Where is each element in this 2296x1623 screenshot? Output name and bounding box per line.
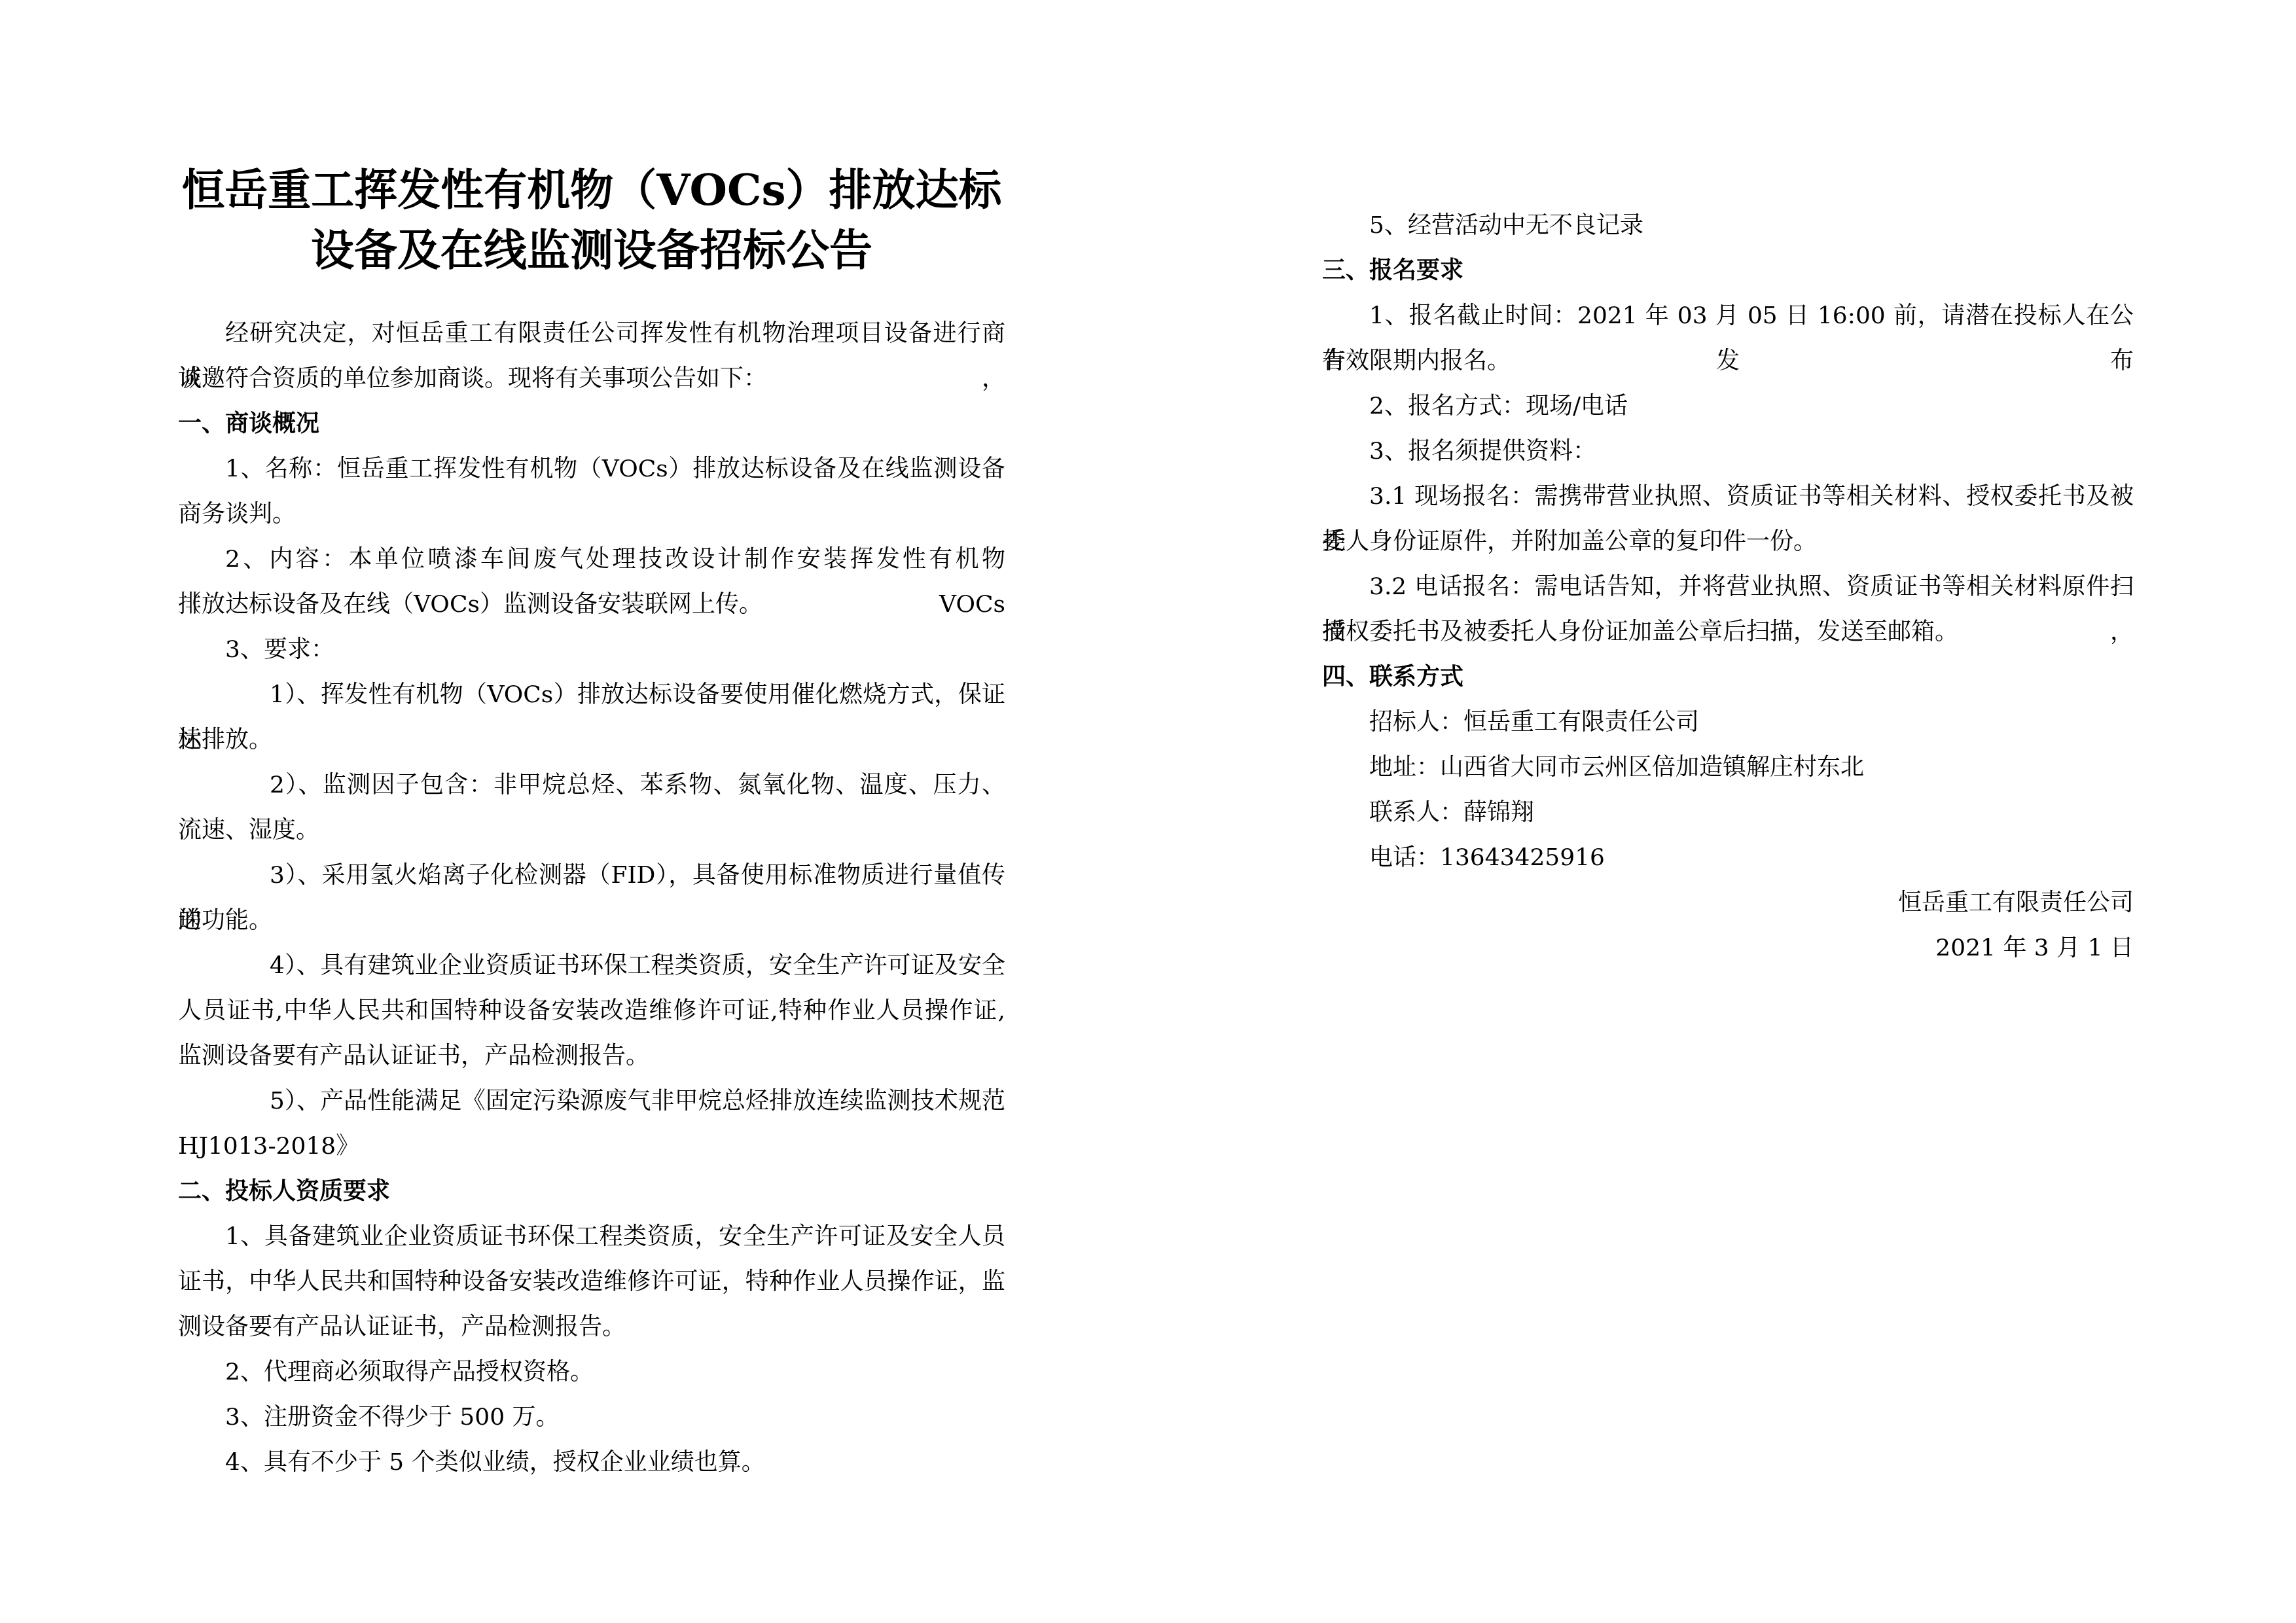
text-line: 3、注册资金不得少于 500 万。 <box>178 1395 1005 1440</box>
section-heading-contact-information: 四、联系方式 <box>1322 654 2134 700</box>
right-page-column: 5、经营活动中无不良记录 三、报名要求 1、报名截止时间：2021 年 03 月… <box>1322 203 2134 971</box>
text-line: 证书，中华人民共和国特种设备安装改造维修许可证，特种作业人员操作证，监 <box>178 1259 1005 1304</box>
phone-line: 电话：13643425916 <box>1322 835 2134 880</box>
text-line: 监测设备要有产品认证证书，产品检测报告。 <box>178 1033 1005 1079</box>
text-line: 1、具备建筑业企业资质证书环保工程类资质，安全生产许可证及安全人员 <box>178 1214 1005 1259</box>
address-line: 地址：山西省大同市云州区倍加造镇解庄村东北 <box>1322 745 2134 790</box>
document-page: 恒岳重工挥发性有机物（VOCs）排放达标 设备及在线监测设备招标公告 经研究决定… <box>0 0 2296 1623</box>
text-line: 3.2 电话报名：需电话告知，并将营业执照、资质证书等相关材料原件扫描， <box>1322 564 2134 609</box>
left-page-column: 经研究决定，对恒岳重工有限责任公司挥发性有机物治理项目设备进行商谈， 诚邀符合资… <box>178 311 1005 1485</box>
text-line: 5、经营活动中无不良记录 <box>1322 203 2134 248</box>
text-line: 标排放。 <box>178 717 1005 762</box>
text-line: 流速、湿度。 <box>178 808 1005 853</box>
signature-company-line: 恒岳重工有限责任公司 <box>1322 880 2134 925</box>
text-line: 商务谈判。 <box>178 491 1005 537</box>
section-heading-registration-requirements: 三、报名要求 <box>1322 248 2134 293</box>
text-line: 1、报名截止时间：2021 年 03 月 05 日 16:00 前，请潜在投标人… <box>1322 293 2134 338</box>
text-line: 3、要求： <box>178 627 1005 672</box>
text-line: 人员证书,中华人民共和国特种设备安装改造维修许可证,特种作业人员操作证, <box>178 988 1005 1033</box>
text-line: 的功能。 <box>178 898 1005 943</box>
text-line: 2、内容：本单位喷漆车间废气处理技改设计制作安装挥发性有机物（VOCs <box>178 537 1005 582</box>
text-line: 3.1 现场报名：需携带营业执照、资质证书等相关材料、授权委托书及被委 <box>1322 474 2134 519</box>
document-title-line-2: 设备及在线监测设备招标公告 <box>178 220 1005 280</box>
text-line: 经研究决定，对恒岳重工有限责任公司挥发性有机物治理项目设备进行商谈， <box>178 311 1005 356</box>
text-line: 5）、产品性能满足《固定污染源废气非甲烷总烃排放连续监测技术规范 <box>178 1079 1005 1124</box>
text-line: 2）、监测因子包含：非甲烷总烃、苯系物、氮氧化物、温度、压力、 <box>178 762 1005 808</box>
text-line: 3）、采用氢火焰离子化检测器（FID），具备使用标准物质进行量值传递 <box>178 853 1005 898</box>
text-line: 3、报名须提供资料： <box>1322 429 2134 474</box>
contact-person-line: 联系人：薛锦翔 <box>1322 790 2134 835</box>
text-line: 托人身份证原件，并附加盖公章的复印件一份。 <box>1322 519 2134 564</box>
document-title-line-1: 恒岳重工挥发性有机物（VOCs）排放达标 <box>178 160 1005 220</box>
text-line: 测设备要有产品认证证书，产品检测报告。 <box>178 1304 1005 1349</box>
text-line: HJ1013-2018》 <box>178 1124 1005 1169</box>
section-heading-negotiation-overview: 一、商谈概况 <box>178 401 1005 446</box>
text-line: 4、具有不少于 5 个类似业绩，授权企业业绩也算。 <box>178 1440 1005 1485</box>
tenderer-line: 招标人：恒岳重工有限责任公司 <box>1322 700 2134 745</box>
text-line: 2、报名方式：现场/电话 <box>1322 383 2134 429</box>
document-title: 恒岳重工挥发性有机物（VOCs）排放达标 设备及在线监测设备招标公告 <box>178 160 1005 280</box>
text-line: 4）、具有建筑业企业资质证书环保工程类资质，安全生产许可证及安全 <box>178 943 1005 988</box>
section-heading-bidder-qualifications: 二、投标人资质要求 <box>178 1169 1005 1214</box>
text-line: 1）、挥发性有机物（VOCs）排放达标设备要使用催化燃烧方式，保证达 <box>178 672 1005 717</box>
text-line: 2、代理商必须取得产品授权资格。 <box>178 1349 1005 1395</box>
signature-date-line: 2021 年 3 月 1 日 <box>1322 925 2134 971</box>
text-line: 1、名称：恒岳重工挥发性有机物（VOCs）排放达标设备及在线监测设备 <box>178 446 1005 491</box>
